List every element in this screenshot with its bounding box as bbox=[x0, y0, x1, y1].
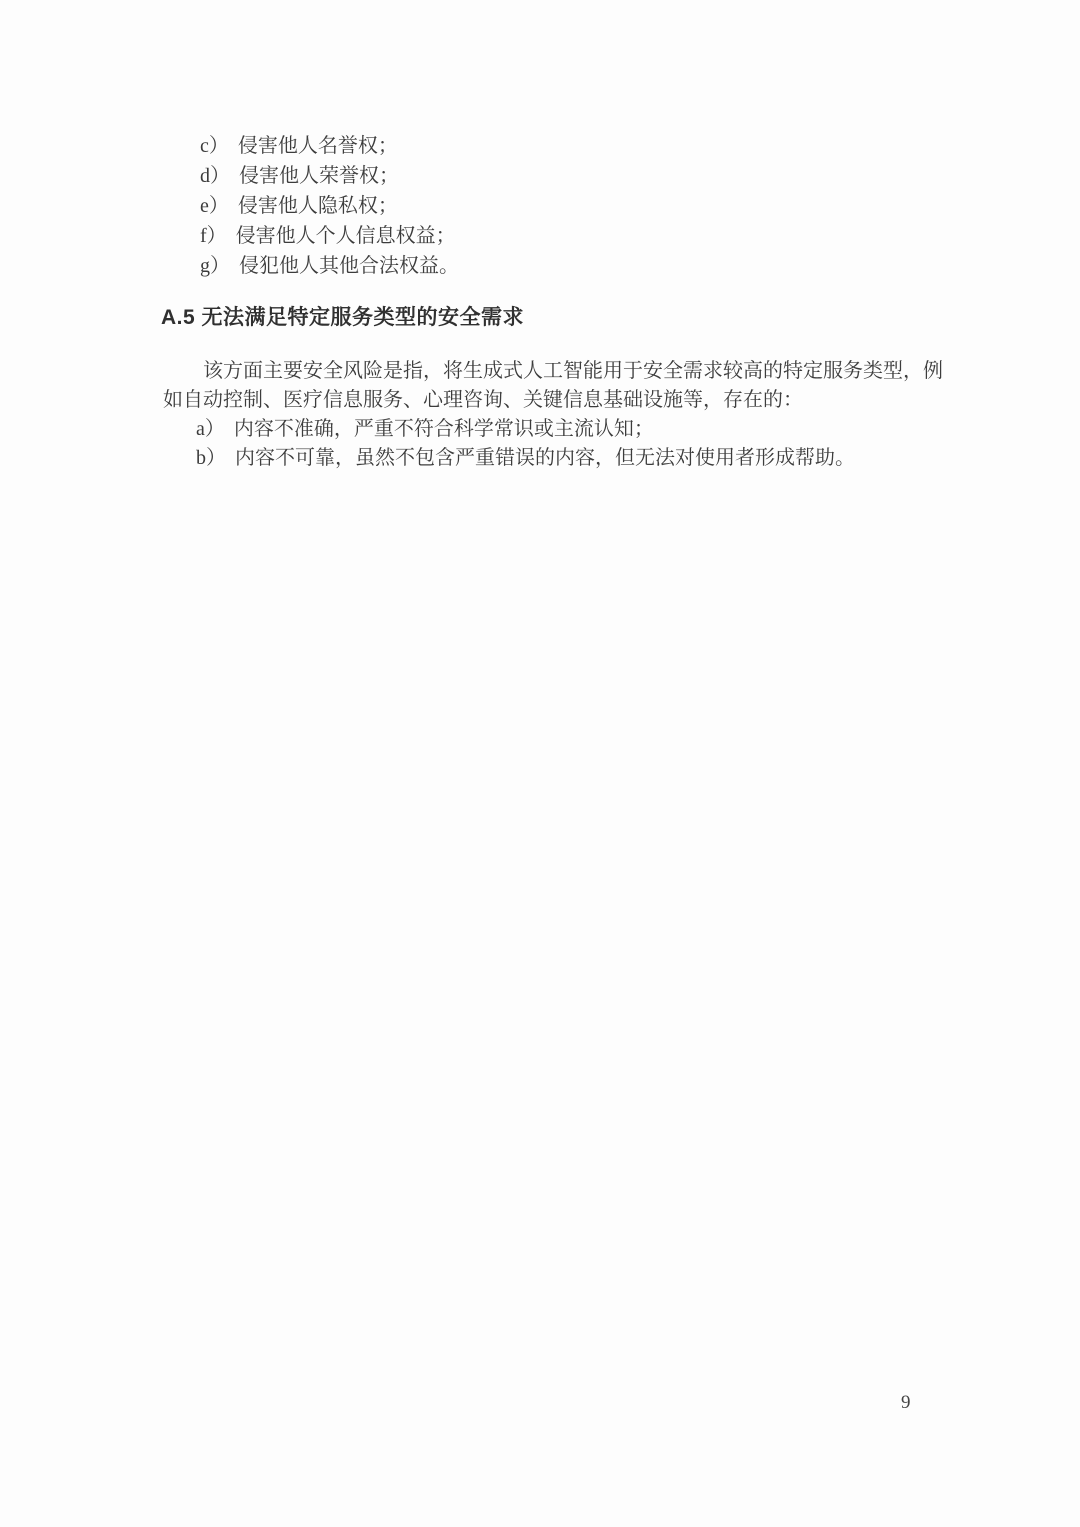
list-item-marker: g） bbox=[200, 251, 230, 281]
list-item-text: 侵害他人隐私权； bbox=[238, 195, 398, 217]
list-item: c）侵害他人名誉权； bbox=[200, 131, 459, 161]
list-item-text: 侵害他人个人信息权益； bbox=[236, 225, 456, 247]
list-item-text: 侵害他人名誉权； bbox=[238, 135, 398, 157]
list-item: e）侵害他人隐私权； bbox=[200, 191, 459, 221]
page-number: 9 bbox=[901, 1392, 911, 1414]
document-page: c）侵害他人名誉权； d）侵害他人荣誉权； e）侵害他人隐私权； f）侵害他人个… bbox=[0, 0, 1080, 1527]
list-item-marker: b） bbox=[196, 444, 226, 473]
section-heading: A.5 无法满足特定服务类型的安全需求 bbox=[161, 301, 524, 331]
list-item-marker: a） bbox=[196, 415, 225, 444]
list-item: b）内容不可靠，虽然不包含严重错误的内容，但无法对使用者形成帮助。 bbox=[196, 444, 855, 473]
list-item-marker: f） bbox=[200, 221, 227, 251]
list-item: a）内容不准确，严重不符合科学常识或主流认知； bbox=[196, 415, 855, 444]
list-item-marker: e） bbox=[200, 191, 229, 221]
list-item-text: 侵犯他人其他合法权益。 bbox=[239, 255, 459, 277]
section-paragraph: 该方面主要安全风险是指，将生成式人工智能用于安全需求较高的特定服务类型，例如自动… bbox=[163, 357, 943, 415]
list-item-marker: c） bbox=[200, 131, 229, 161]
list-item-marker: d） bbox=[200, 161, 230, 191]
risk-list: a）内容不准确，严重不符合科学常识或主流认知； b）内容不可靠，虽然不包含严重错… bbox=[196, 415, 855, 473]
rights-list: c）侵害他人名誉权； d）侵害他人荣誉权； e）侵害他人隐私权； f）侵害他人个… bbox=[200, 131, 459, 281]
list-item: g）侵犯他人其他合法权益。 bbox=[200, 251, 459, 281]
list-item-text: 内容不准确，严重不符合科学常识或主流认知； bbox=[234, 418, 654, 440]
list-item: f）侵害他人个人信息权益； bbox=[200, 221, 459, 251]
list-item-text: 侵害他人荣誉权； bbox=[239, 165, 399, 187]
list-item-text: 内容不可靠，虽然不包含严重错误的内容，但无法对使用者形成帮助。 bbox=[235, 447, 855, 469]
list-item: d）侵害他人荣誉权； bbox=[200, 161, 459, 191]
